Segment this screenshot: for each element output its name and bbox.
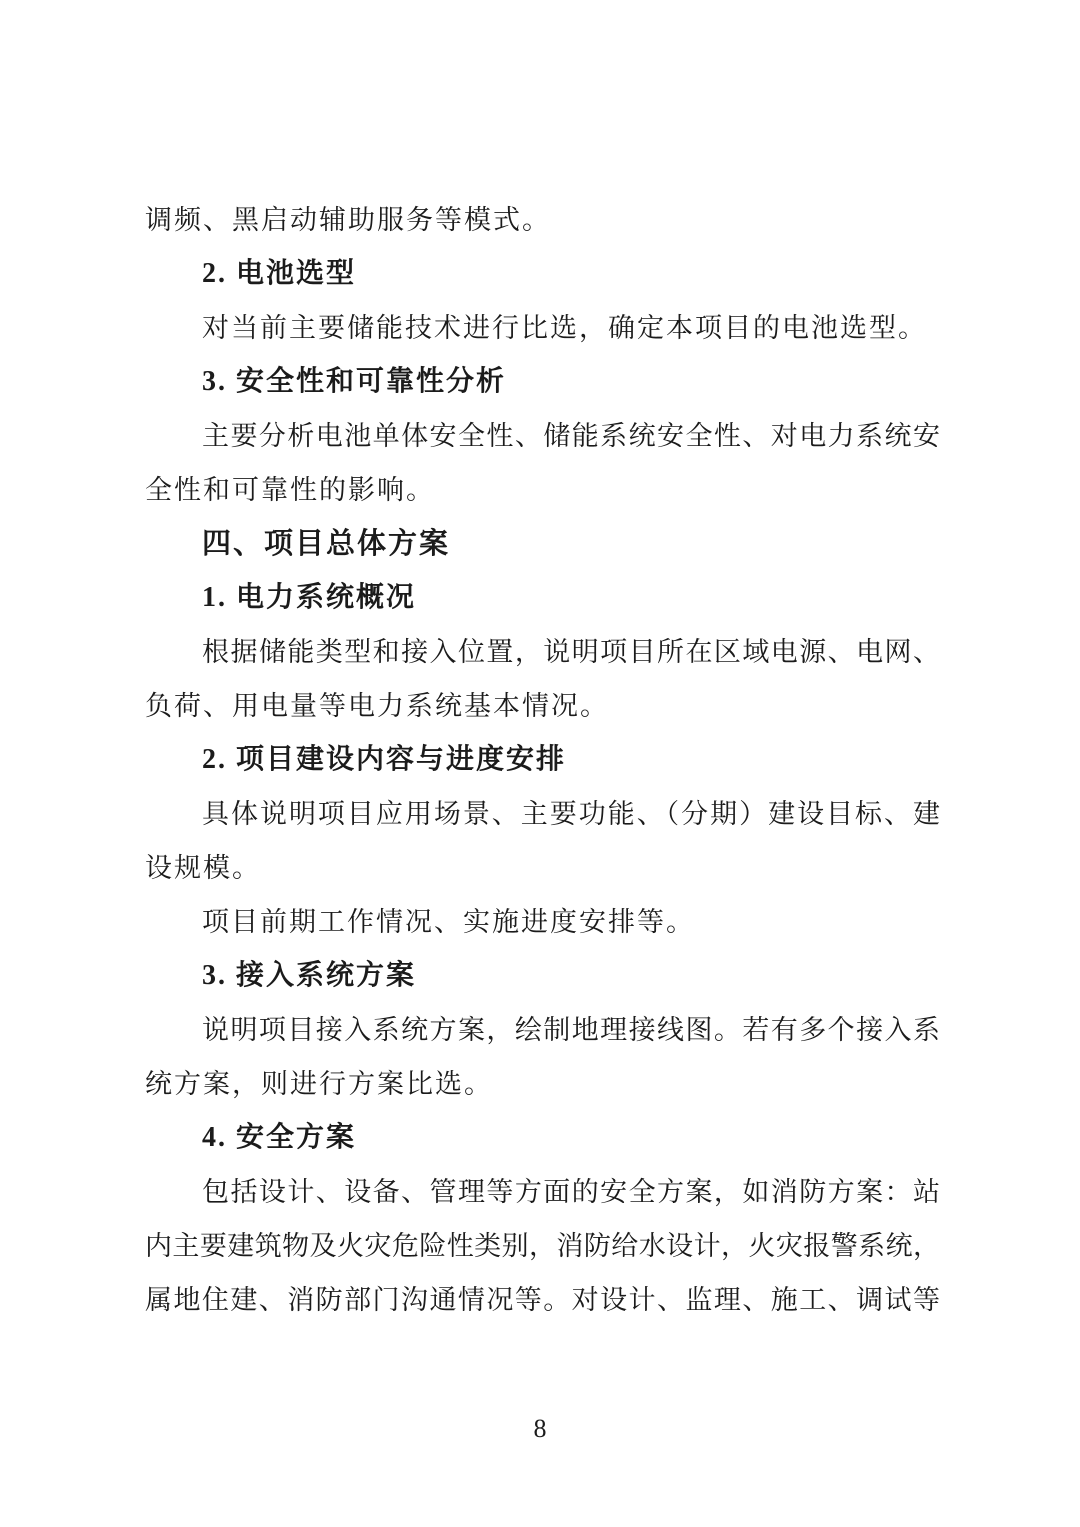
document-body: 调频、黑启动辅助服务等模式。 2. 电池选型 对当前主要储能技术进行比选，确定本… xyxy=(145,193,940,1327)
heading-construction-content-schedule: 2. 项目建设内容与进度安排 xyxy=(145,733,940,787)
paragraph-line: 调频、黑启动辅助服务等模式。 xyxy=(145,193,940,247)
paragraph-line: 对当前主要储能技术进行比选，确定本项目的电池选型。 xyxy=(145,301,940,355)
paragraph-line: 项目前期工作情况、实施进度安排等。 xyxy=(145,895,940,949)
heading-battery-selection: 2. 电池选型 xyxy=(145,247,940,301)
paragraph-line: 全性和可靠性的影响。 xyxy=(145,463,940,517)
paragraph-line: 设规模。 xyxy=(145,841,940,895)
heading-power-system-overview: 1. 电力系统概况 xyxy=(145,571,940,625)
paragraph-line: 属地住建、消防部门沟通情况等。对设计、监理、施工、调试等 xyxy=(145,1273,940,1327)
paragraph-line: 统方案，则进行方案比选。 xyxy=(145,1057,940,1111)
heading-grid-connection-plan: 3. 接入系统方案 xyxy=(145,949,940,1003)
heading-safety-plan: 4. 安全方案 xyxy=(145,1111,940,1165)
document-page: 调频、黑启动辅助服务等模式。 2. 电池选型 对当前主要储能技术进行比选，确定本… xyxy=(0,0,1080,1527)
paragraph-line: 根据储能类型和接入位置，说明项目所在区域电源、电网、 xyxy=(145,625,940,679)
heading-safety-reliability-analysis: 3. 安全性和可靠性分析 xyxy=(145,355,940,409)
paragraph-line: 具体说明项目应用场景、主要功能、（分期）建设目标、建 xyxy=(145,787,940,841)
paragraph-line: 负荷、用电量等电力系统基本情况。 xyxy=(145,679,940,733)
paragraph-line: 主要分析电池单体安全性、储能系统安全性、对电力系统安 xyxy=(145,409,940,463)
paragraph-line: 包括设计、设备、管理等方面的安全方案，如消防方案：站 xyxy=(145,1165,940,1219)
paragraph-line: 内主要建筑物及火灾危险性类别，消防给水设计，火灾报警系统， xyxy=(145,1219,940,1273)
page-number: 8 xyxy=(0,1402,1080,1456)
chapter-heading-overall-plan: 四、项目总体方案 xyxy=(145,517,940,571)
paragraph-line: 说明项目接入系统方案，绘制地理接线图。若有多个接入系 xyxy=(145,1003,940,1057)
